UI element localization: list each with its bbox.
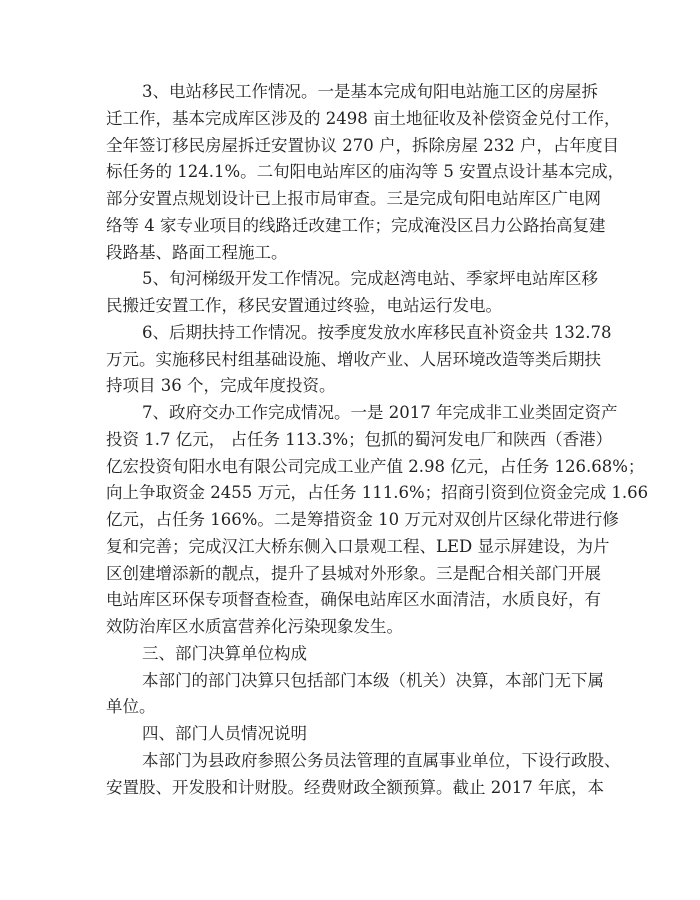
text-line: 全年签订移民房屋拆迁安置协议 270 户，拆除房屋 232 户，占年度目 — [106, 133, 594, 160]
text-line: 安置股、开发股和计财股。经费财政全额预算。截止 2017 年底，本 — [106, 775, 594, 802]
text-line: 7、政府交办工作完成情况。一是 2017 年完成非工业类固定资产 — [106, 400, 594, 427]
text-line: 络等 4 家专业项目的线路迁改建工作；完成淹没区吕力公路抬高复建 — [106, 213, 594, 240]
text-line: 投资 1.7 亿元， 占任务 113.3%；包抓的蜀河发电厂和陕西（香港） — [106, 427, 594, 454]
section-heading-personnel: 四、部门人员情况说明 — [106, 721, 594, 748]
heading-text: 四、部门人员情况说明 — [106, 721, 594, 748]
text-line: 持项目 36 个，完成年度投资。 — [106, 373, 594, 400]
text-line: 本部门的部门决算只包括部门本级（机关）决算，本部门无下属 — [106, 668, 594, 695]
paragraph-cascade-development: 5、旬河梯级开发工作情况。完成赵湾电站、季家坪电站库区移 民搬迁安置工作，移民安… — [106, 266, 594, 320]
section-heading-unit-composition: 三、部门决算单位构成 — [106, 641, 594, 668]
text-line: 部分安置点规划设计已上报市局审查。三是完成旬阳电站库区广电网 — [106, 186, 594, 213]
text-line: 万元。实施移民村组基础设施、增收产业、人居环境改造等类后期扶 — [106, 347, 594, 374]
text-line: 5、旬河梯级开发工作情况。完成赵湾电站、季家坪电站库区移 — [106, 266, 594, 293]
text-line: 向上争取资金 2455 万元，占任务 111.6%；招商引资到位资金完成 1.6… — [106, 480, 594, 507]
text-line: 本部门为县政府参照公务员法管理的直属事业单位，下设行政股、 — [106, 748, 594, 775]
paragraph-relocation-work: 3、电站移民工作情况。一是基本完成旬阳电站施工区的房屋拆 迁工作，基本完成库区涉… — [106, 79, 594, 266]
heading-text: 三、部门决算单位构成 — [106, 641, 594, 668]
text-line: 单位。 — [106, 694, 594, 721]
paragraph-government-tasks: 7、政府交办工作完成情况。一是 2017 年完成非工业类固定资产 投资 1.7 … — [106, 400, 594, 641]
text-line: 6、后期扶持工作情况。按季度发放水库移民直补资金共 132.78 — [106, 320, 594, 347]
text-line: 亿宏投资旬阳水电有限公司完成工业产值 2.98 亿元，占任务 126.68%； — [106, 454, 594, 481]
text-line: 复和完善；完成汉江大桥东侧入口景观工程、LED 显示屏建设，为片 — [106, 534, 594, 561]
text-line: 迁工作，基本完成库区涉及的 2498 亩土地征收及补偿资金兑付工作， — [106, 106, 594, 133]
text-line: 亿元，占任务 166%。二是筹措资金 10 万元对双创片区绿化带进行修 — [106, 507, 594, 534]
text-line: 电站库区环保专项督查检查，确保电站库区水面清洁，水质良好，有 — [106, 587, 594, 614]
paragraph-later-support: 6、后期扶持工作情况。按季度发放水库移民直补资金共 132.78 万元。实施移民… — [106, 320, 594, 400]
paragraph-unit-composition: 本部门的部门决算只包括部门本级（机关）决算，本部门无下属 单位。 — [106, 668, 594, 722]
text-line: 标任务的 124.1%。二旬阳电站库区的庙沟等 5 安置点设计基本完成， — [106, 159, 594, 186]
paragraph-personnel: 本部门为县政府参照公务员法管理的直属事业单位，下设行政股、 安置股、开发股和计财… — [106, 748, 594, 802]
text-line: 民搬迁安置工作，移民安置通过终验，电站运行发电。 — [106, 293, 594, 320]
text-line: 效防治库区水质富营养化污染现象发生。 — [106, 614, 594, 641]
document-page: 3、电站移民工作情况。一是基本完成旬阳电站施工区的房屋拆 迁工作，基本完成库区涉… — [106, 79, 594, 801]
text-line: 段路基、路面工程施工。 — [106, 240, 594, 267]
text-line: 区创建增添新的靓点，提升了县城对外形象。三是配合相关部门开展 — [106, 561, 594, 588]
text-line: 3、电站移民工作情况。一是基本完成旬阳电站施工区的房屋拆 — [106, 79, 594, 106]
